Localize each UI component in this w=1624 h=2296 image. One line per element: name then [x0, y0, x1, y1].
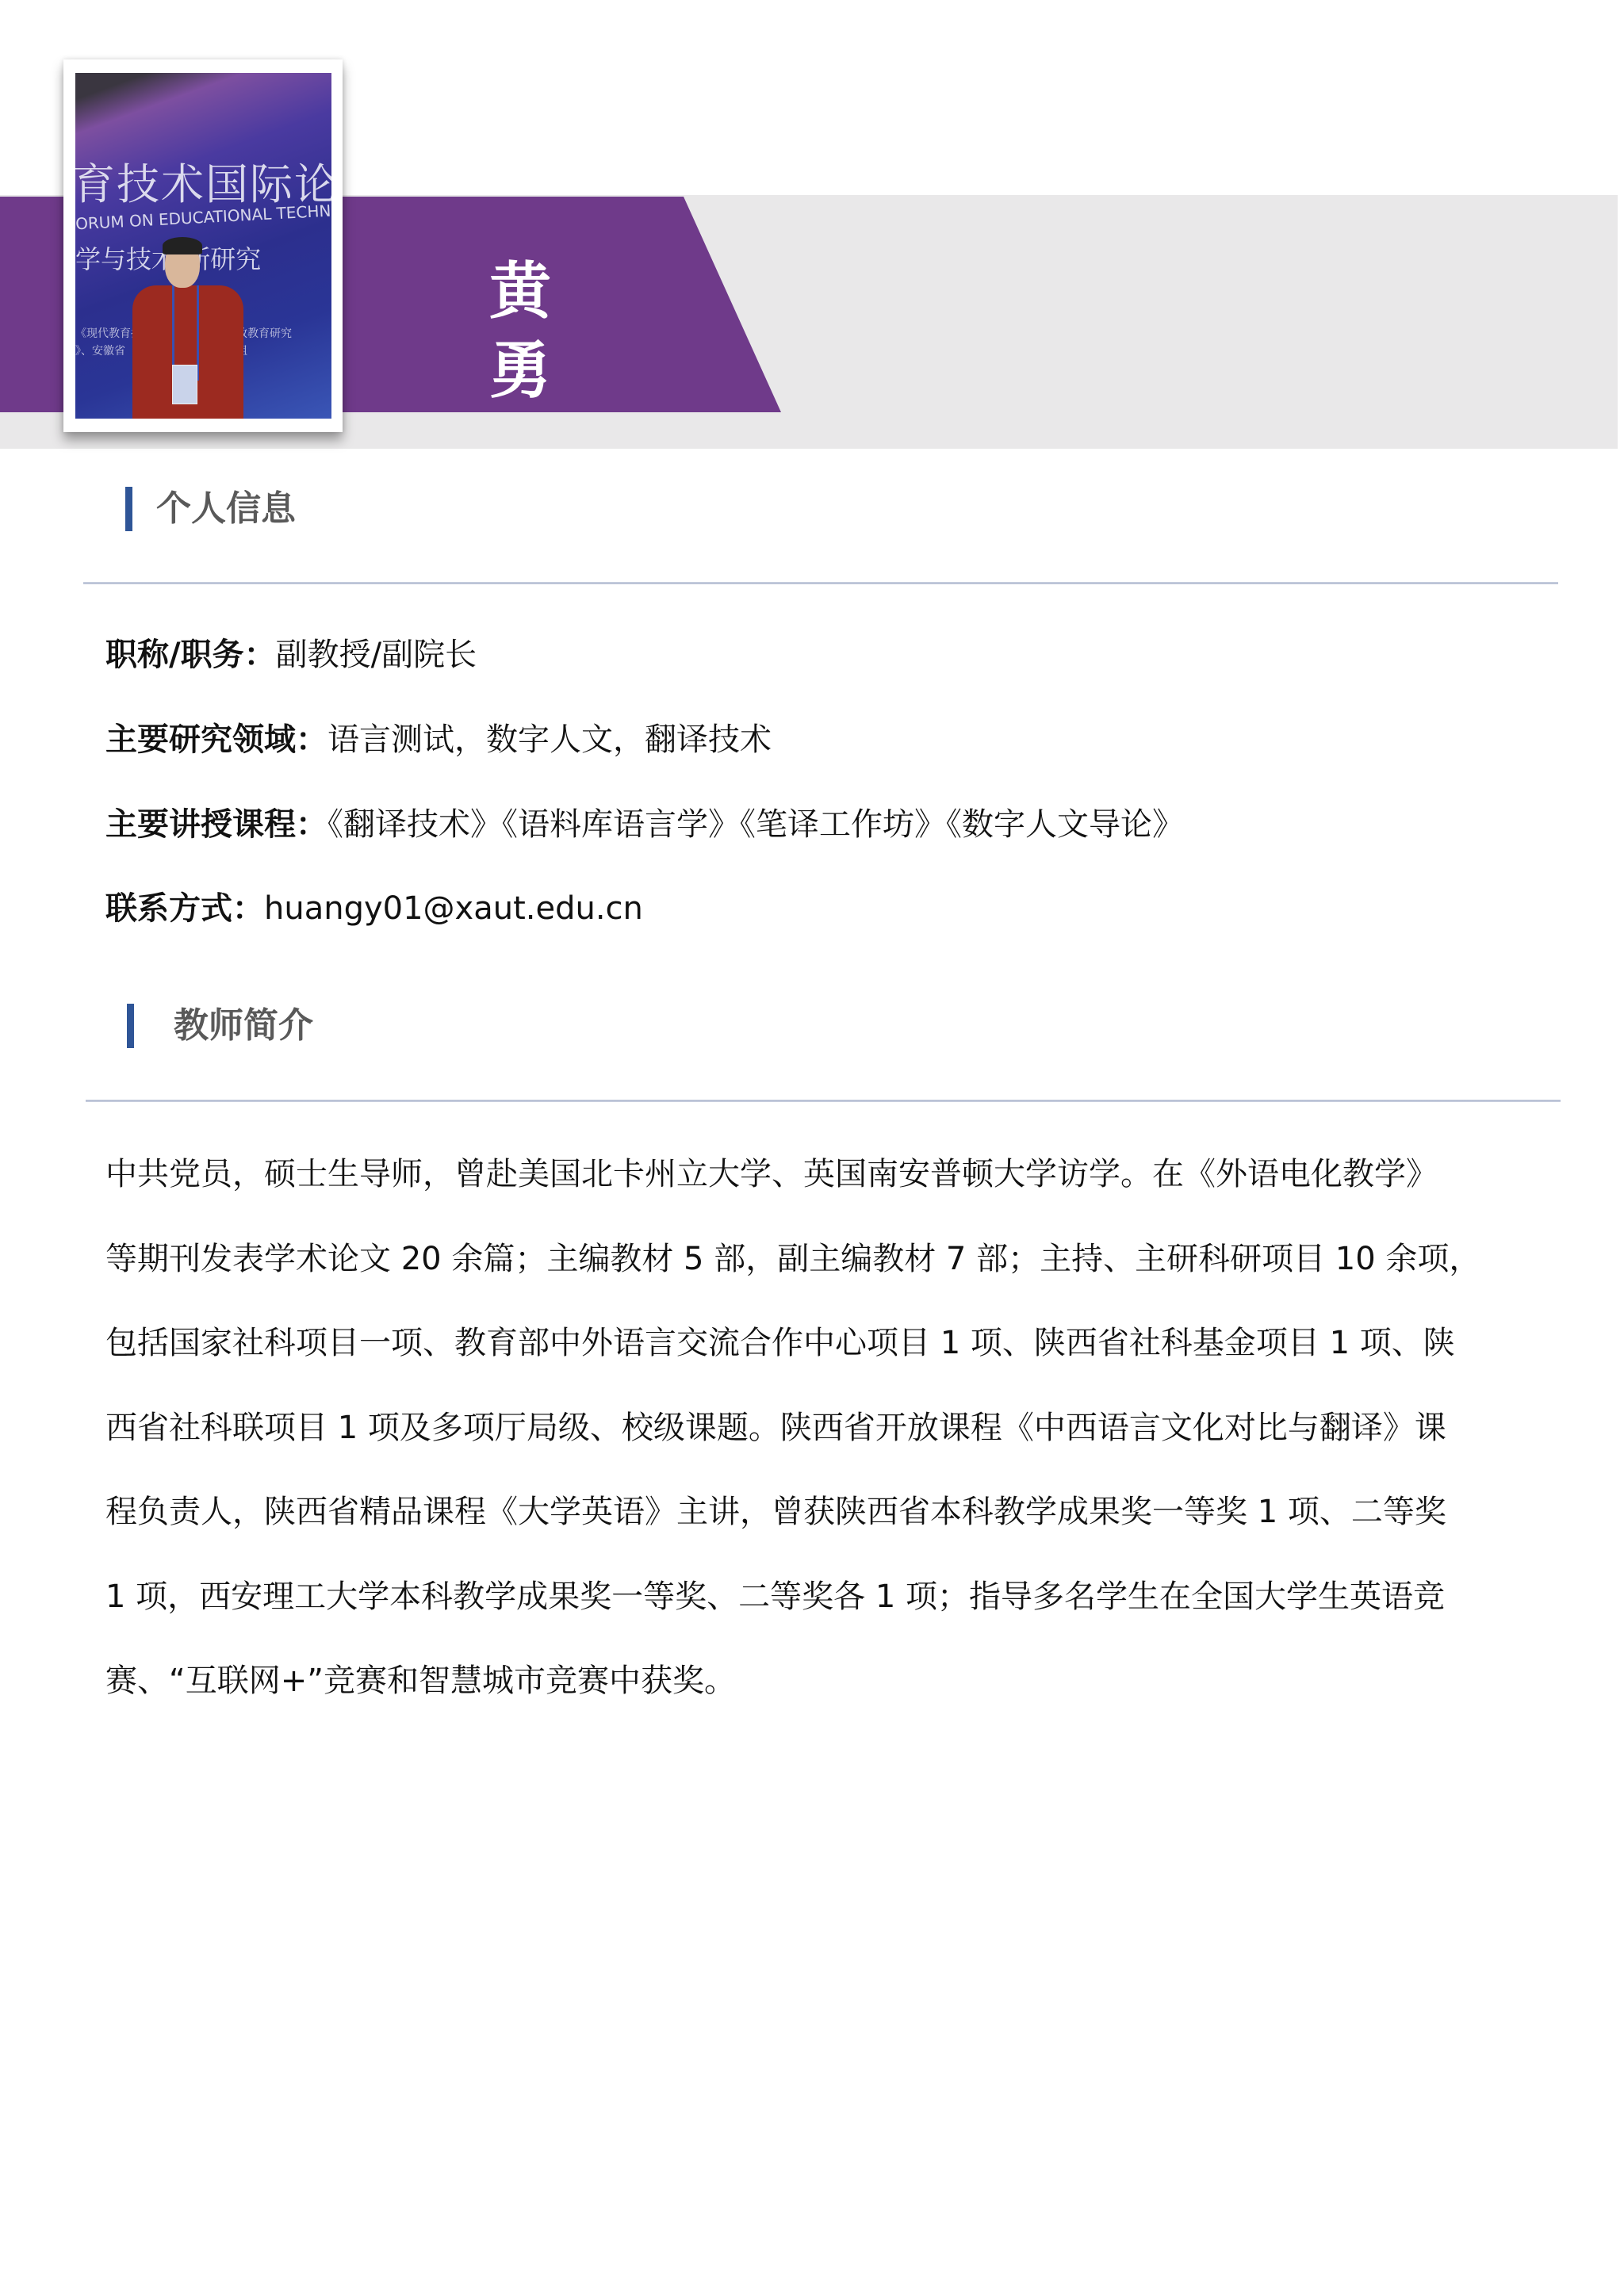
info-label: 主要研究领域： [105, 721, 327, 758]
bio-line: 赛、“互联网+”竞赛和智慧城市竞赛中获奖。 [105, 1639, 1501, 1724]
info-row-research: 主要研究领域：语言测试，数字人文，翻译技术 [105, 717, 772, 762]
info-value: 《翻译技术》《语料库语言学》《笔译工作坊》《数字人文导论》 [327, 806, 1184, 843]
section-marker-bar [127, 1004, 134, 1048]
info-row-title: 职称/职务：副教授/副院长 [105, 633, 477, 677]
info-row-contact: 联系方式：huangy01@xaut.edu.cn [105, 886, 643, 931]
bio-line: 西省社科联项目 1 项及多项厅局级、校级课题。陕西省开放课程《中西语言文化对比与… [105, 1386, 1501, 1471]
section-divider [83, 582, 1558, 584]
info-label: 主要讲授课程： [105, 806, 327, 843]
contact-email[interactable]: huangy01@xaut.edu.cn [264, 890, 643, 927]
section-header-bio: 教师简介 [127, 1004, 313, 1048]
info-value: 副教授/副院长 [276, 637, 477, 673]
profile-photo-frame: 育技术国际论 ORUM ON EDUCATIONAL TECHN 学与技术 新研… [63, 59, 343, 432]
bio-paragraph: 中共党员，硕士生导师，曾赴美国北卡州立大学、英国南安普顿大学访学。在《外语电化教… [105, 1132, 1501, 1724]
profile-photo: 育技术国际论 ORUM ON EDUCATIONAL TECHN 学与技术 新研… [75, 73, 331, 419]
section-divider [86, 1100, 1561, 1102]
info-label: 联系方式： [105, 890, 264, 927]
bio-line: 程负责人，陕西省精品课程《大学英语》主讲，曾获陕西省本科教学成果奖一等奖 1 项… [105, 1470, 1501, 1555]
info-label: 职称/职务： [105, 637, 276, 673]
section-title: 教师简介 [174, 1004, 313, 1048]
person-hair [163, 237, 202, 254]
bio-line: 包括国家社科项目一项、教育部中外语言交流合作中心项目 1 项、陕西省社科基金项目… [105, 1301, 1501, 1386]
bio-line: 中共党员，硕士生导师，曾赴美国北卡州立大学、英国南安普顿大学访学。在《外语电化教… [105, 1132, 1501, 1217]
section-header-personal-info: 个人信息 [125, 487, 296, 531]
bio-line: 等期刊发表学术论文 20 余篇；主编教材 5 部，副主编教材 7 部；主持、主研… [105, 1217, 1501, 1302]
bio-line: 1 项，西安理工大学本科教学成果奖一等奖、二等奖各 1 项；指导多名学生在全国大… [105, 1555, 1501, 1640]
section-title: 个人信息 [156, 487, 296, 531]
info-value: 语言测试，数字人文，翻译技术 [327, 721, 772, 758]
info-row-courses: 主要讲授课程：《翻译技术》《语料库语言学》《笔译工作坊》《数字人文导论》 [105, 802, 1184, 847]
person-name: 黄 勇 [444, 252, 619, 411]
section-marker-bar [125, 487, 132, 531]
name-badge [172, 365, 197, 404]
